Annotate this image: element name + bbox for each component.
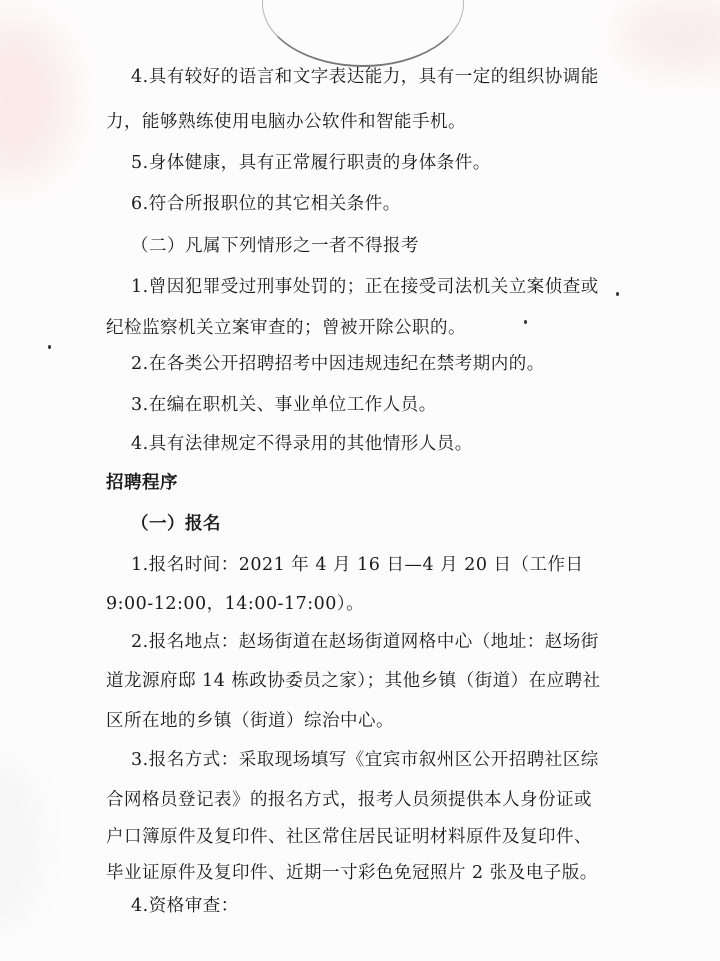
paragraph-line: 1.报名时间：2021 年 4 月 16 日—4 月 20 日（工作日: [131, 551, 584, 576]
paragraph-line: 9:00-12:00，14:00-17:00）。: [106, 590, 364, 615]
paragraph-line: 户口簿原件及复印件、社区常住居民证明材料原件及复印件、: [106, 823, 592, 848]
paragraph-line: 2.报名地点：赵场街道在赵场街道网格中心（地址：赵场街: [131, 628, 599, 653]
paragraph-line: 3.在编在职机关、事业单位工作人员。: [131, 391, 437, 416]
scan-speck: [48, 345, 51, 349]
paragraph-line: 道龙源府邸 14 栋政协委员之家）；其他乡镇（街道）在应聘社: [106, 667, 601, 692]
paragraph-line: 5.身体健康，具有正常履行职责的身体条件。: [131, 149, 491, 174]
paragraph-line: 3.报名方式：采取现场填写《宜宾市叙州区公开招聘社区综: [131, 746, 599, 771]
paragraph-line: 4.具有较好的语言和文字表达能力，具有一定的组织协调能: [131, 63, 599, 88]
paragraph-line: 毕业证原件及复印件、近期一寸彩色免冠照片 2 张及电子版。: [106, 859, 598, 884]
paragraph-line: 纪检监察机关立案审查的；曾被开除公职的。: [106, 314, 466, 339]
paper-stain: [620, 0, 720, 70]
paragraph-line: 区所在地的乡镇（街道）综治中心。: [106, 707, 394, 732]
paragraph-line: 1.曾因犯罪受过刑事处罚的；正在接受司法机关立案侦查或: [131, 273, 599, 298]
scan-speck: [524, 320, 527, 324]
paragraph-line: 合网格员登记表》的报名方式，报考人员须提供本人身份证或: [106, 786, 592, 811]
paragraph-line: 6.符合所报职位的其它相关条件。: [131, 190, 401, 215]
paragraph-line: 2.在各类公开招聘招考中因违规违纪在禁考期内的。: [131, 350, 545, 375]
paragraph-line: （二）凡属下列情形之一者不得报考: [131, 232, 419, 257]
section-heading: 招聘程序: [106, 469, 178, 494]
paragraph-line: 力，能够熟练使用电脑办公软件和智能手机。: [106, 108, 466, 133]
paper-stain: [0, 20, 70, 180]
paper-stain: [0, 760, 40, 930]
scan-speck: [616, 292, 619, 296]
official-seal-partial: [262, 0, 464, 67]
paragraph-line: 4.具有法律规定不得录用的其他情形人员。: [131, 430, 473, 455]
paragraph-line: 4.资格审查：: [131, 892, 239, 917]
section-heading: （一）报名: [131, 510, 221, 535]
